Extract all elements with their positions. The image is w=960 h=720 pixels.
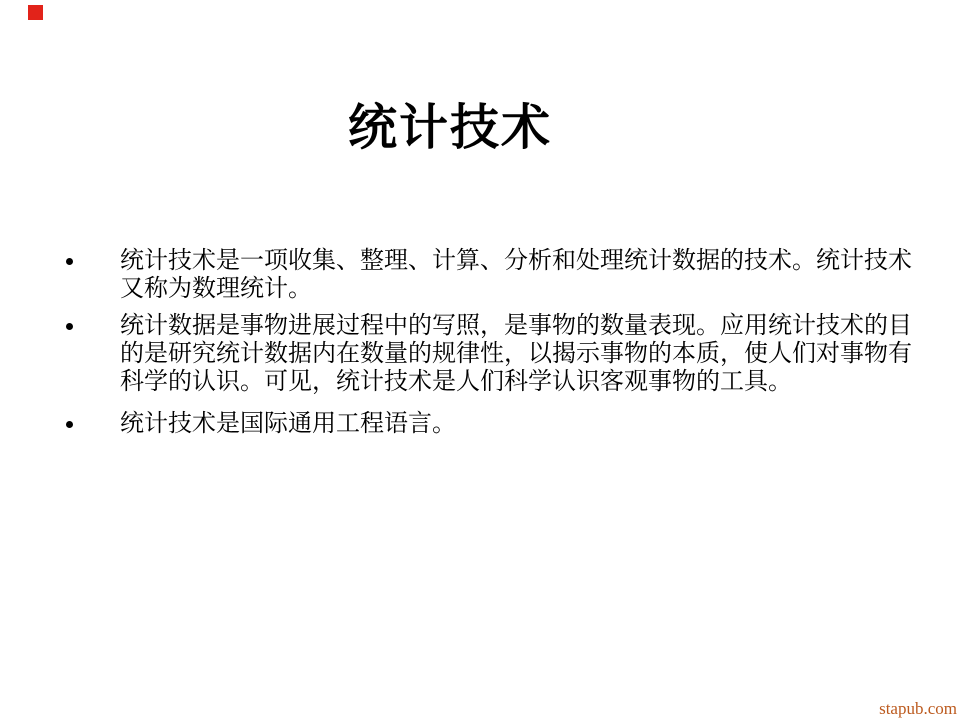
bullet-item-1: 统计技术是一项收集、整理、计算、分析和处理统计数据的技术。统计技术 又称为数理统…: [0, 247, 960, 303]
bullet-item-3: 统计技术是国际通用工程语言。: [0, 410, 960, 438]
red-corner-marker: [28, 5, 43, 20]
bullet-2-line-3: 科学的认识。可见，统计技术是人们科学认识客观事物的工具。: [120, 368, 920, 396]
bullet-2-line-2: 的是研究统计数据内在数量的规律性，以揭示事物的本质，使人们对事物有: [120, 340, 920, 368]
slide-title: 统计技术: [0, 100, 900, 156]
bullet-dot-icon: [66, 323, 73, 330]
bullet-dot-icon: [66, 258, 73, 265]
bullet-item-2: 统计数据是事物进展过程中的写照，是事物的数量表现。应用统计技术的目 的是研究统计…: [0, 312, 960, 396]
bullet-1-line-1: 统计技术是一项收集、整理、计算、分析和处理统计数据的技术。统计技术: [120, 247, 920, 275]
bullet-dot-icon: [66, 421, 73, 428]
bullet-1-line-2: 又称为数理统计。: [120, 275, 920, 303]
watermark: stapub.com: [879, 700, 957, 718]
bullet-2-line-1: 统计数据是事物进展过程中的写照，是事物的数量表现。应用统计技术的目: [120, 312, 920, 340]
bullet-list: 统计技术是一项收集、整理、计算、分析和处理统计数据的技术。统计技术 又称为数理统…: [0, 247, 960, 438]
presentation-slide: 统计技术 统计技术是一项收集、整理、计算、分析和处理统计数据的技术。统计技术 又…: [0, 0, 960, 720]
bullet-3-line-1: 统计技术是国际通用工程语言。: [120, 410, 920, 438]
